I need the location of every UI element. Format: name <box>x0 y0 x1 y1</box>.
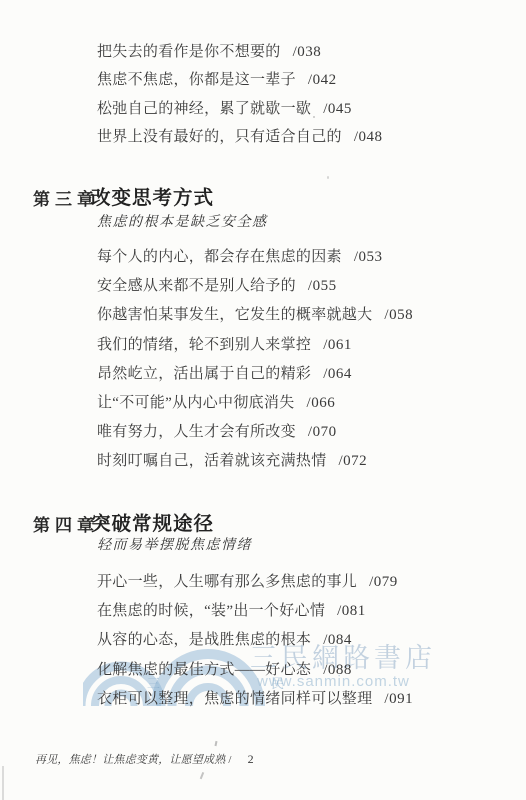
toc-entry-page: /070 <box>308 424 337 440</box>
toc-entry-page: /061 <box>323 337 352 353</box>
footer-separator: / <box>228 754 231 766</box>
book-toc-page: 三民網路書店 www.sanmin.com.tw 三 民 把失去的看作是你不想要… <box>0 0 526 800</box>
toc-entry-text: 从容的心态，是战胜焦虑的根本 <box>97 632 311 648</box>
scan-speckle <box>313 116 315 118</box>
toc-entry-page: /072 <box>339 453 368 469</box>
toc-entry-text: 我们的情绪，轮不到别人来掌控 <box>97 337 311 353</box>
toc-entry-page: /042 <box>308 72 337 88</box>
toc-entry-text: 松弛自己的神经，累了就歇一歇 <box>97 101 311 117</box>
footer-book-title: 再见，焦虑！让焦虑变黄，让愿望成熟 <box>35 754 225 766</box>
toc-entry-text: 焦虑不焦虑，你都是这一辈子 <box>97 72 296 88</box>
toc-entry: 化解焦虑的最佳方式——好心态/088 <box>97 656 413 685</box>
toc-entry: 把失去的看作是你不想要的/038 <box>97 38 382 66</box>
toc-entry: 安全感从来都不是别人给予的/055 <box>97 272 413 301</box>
toc-entry-page: /084 <box>323 632 352 648</box>
chapter-4-entries: 开心一些，人生哪有那么多焦虑的事儿/079 在焦虑的时候，“装”出一个好心情/0… <box>97 568 413 714</box>
toc-entry-page: /055 <box>308 278 337 294</box>
toc-entry-page: /053 <box>354 249 383 265</box>
toc-entry: 我们的情绪，轮不到别人来掌控/061 <box>97 331 413 360</box>
toc-entry: 让“不可能”从内心中彻底消失/066 <box>97 389 413 418</box>
toc-entry-text: 开心一些，人生哪有那么多焦虑的事儿 <box>97 574 357 590</box>
page-footer: 再见，焦虑！让焦虑变黄，让愿望成熟/2 <box>35 753 254 766</box>
toc-entry-page: /038 <box>293 44 322 60</box>
toc-entry-text: 衣柜可以整理，焦虑的情绪同样可以整理 <box>97 691 372 707</box>
chapter-3-entries: 每个人的内心，都会存在焦虑的因素/053 安全感从来都不是别人给予的/055 你… <box>97 243 413 477</box>
toc-entry-page: /048 <box>354 129 383 145</box>
toc-entry: 衣柜可以整理，焦虑的情绪同样可以整理/091 <box>97 685 413 714</box>
scan-speckle <box>327 176 329 179</box>
toc-entry-page: /064 <box>323 366 352 382</box>
toc-entry: 每个人的内心，都会存在焦虑的因素/053 <box>97 243 413 272</box>
toc-entry-page: /045 <box>323 101 352 117</box>
toc-entry-page: /079 <box>369 574 398 590</box>
toc-entry: 唯有努力，人生才会有所改变/070 <box>97 418 413 447</box>
toc-entry-text: 把失去的看作是你不想要的 <box>97 44 281 60</box>
toc-entry: 昂然屹立，活出属于自己的精彩/064 <box>97 360 413 389</box>
toc-entry: 焦虑不焦虑，你都是这一辈子/042 <box>97 66 382 94</box>
toc-entry-text: 让“不可能”从内心中彻底消失 <box>97 395 295 411</box>
toc-entry-text: 时刻叮嘱自己，活着就该充满热情 <box>97 453 327 469</box>
toc-entry-text: 化解焦虑的最佳方式——好心态 <box>97 662 311 678</box>
toc-entry-page: /088 <box>323 662 352 678</box>
chapter-4-subtitle: 轻而易举摆脱焦虑情绪 <box>97 539 252 553</box>
toc-entry-text: 每个人的内心，都会存在焦虑的因素 <box>97 249 342 265</box>
toc-entry: 时刻叮嘱自己，活着就该充满热情/072 <box>97 447 413 476</box>
toc-entry-page: /058 <box>384 307 413 323</box>
toc-entry: 世界上没有最好的，只有适合自己的/048 <box>97 123 382 151</box>
toc-entry-page: /081 <box>337 603 366 619</box>
footer-page-number: 2 <box>248 752 254 766</box>
toc-entry-page: /091 <box>384 691 413 707</box>
toc-entry: 开心一些，人生哪有那么多焦虑的事儿/079 <box>97 568 413 597</box>
chapter-4-label: 第四章 <box>33 517 99 534</box>
toc-entry-page: /066 <box>307 395 336 411</box>
toc-entry-text: 你越害怕某事发生，它发生的概率就越大 <box>97 307 372 323</box>
toc-content: 把失去的看作是你不想要的/038 焦虑不焦虑，你都是这一辈子/042 松弛自己的… <box>0 0 526 800</box>
toc-entry: 在焦虑的时候，“装”出一个好心情/081 <box>97 597 413 626</box>
toc-entry: 从容的心态，是战胜焦虑的根本/084 <box>97 626 413 655</box>
toc-entry-text: 唯有努力，人生才会有所改变 <box>97 424 296 440</box>
toc-entry-text: 昂然屹立，活出属于自己的精彩 <box>97 366 311 382</box>
toc-entry-text: 世界上没有最好的，只有适合自己的 <box>97 129 342 145</box>
toc-entry-text: 安全感从来都不是别人给予的 <box>97 278 296 294</box>
page-edge-mark <box>2 766 4 800</box>
chapter-3-label: 第三章 <box>33 191 99 208</box>
chapter-3-subtitle: 焦虑的根本是缺乏安全感 <box>97 216 268 230</box>
chapter-4-title: 突破常规途径 <box>91 515 214 535</box>
toc-entry: 松弛自己的神经，累了就歇一歇/045 <box>97 95 382 123</box>
toc-entry: 你越害怕某事发生，它发生的概率就越大/058 <box>97 301 413 330</box>
chapter-3-title: 改变思考方式 <box>91 189 214 209</box>
toc-leading-entries: 把失去的看作是你不想要的/038 焦虑不焦虑，你都是这一辈子/042 松弛自己的… <box>97 38 382 152</box>
toc-entry-text: 在焦虑的时候，“装”出一个好心情 <box>97 603 325 619</box>
